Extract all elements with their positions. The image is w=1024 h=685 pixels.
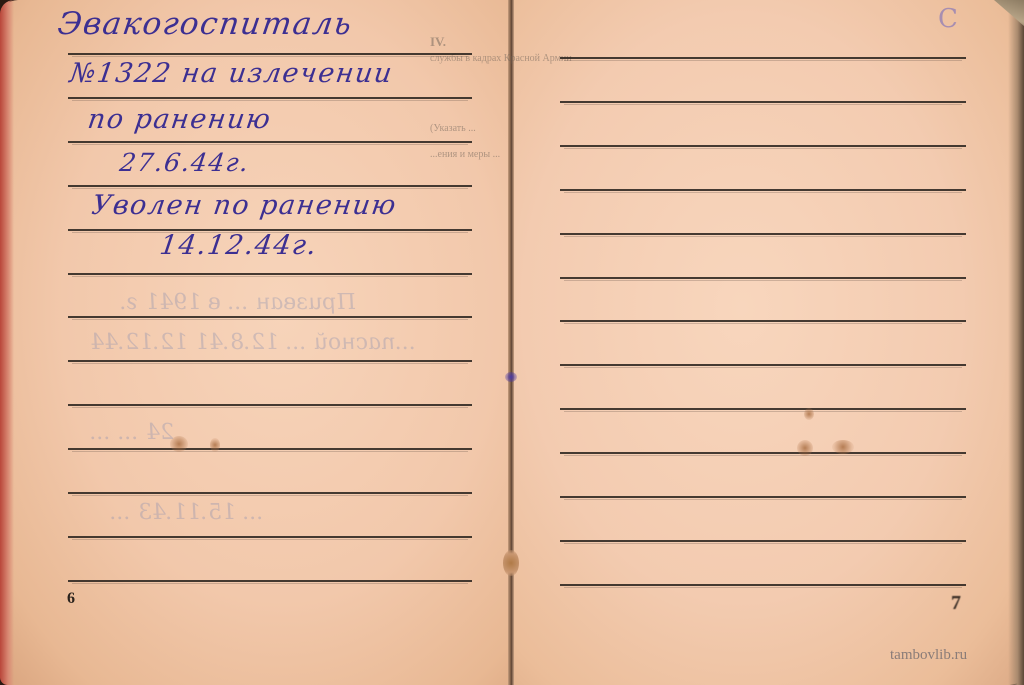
watermark: tambovlib.ru [890,647,967,664]
spine [508,0,514,685]
ruled-line [560,584,966,586]
ruled-line [560,189,966,191]
bleed-print-heading: IV. [430,35,446,48]
bleed-handwriting: 24 ... ... [88,420,175,445]
page-number-right: 7 [951,592,961,615]
ruled-line [560,364,966,366]
ruled-line [68,536,472,538]
ruled-line [560,145,966,147]
ruled-line [68,53,472,55]
ruled-line [560,233,966,235]
ruled-line [560,408,966,410]
ruled-line [560,496,966,498]
ruled-line [560,452,966,454]
stain [170,436,188,452]
stain [210,438,220,452]
ruled-line [68,404,472,406]
ruled-line [560,320,966,322]
bleed-print-line: ...ения и меры ... [430,148,500,161]
ruled-line [560,277,966,279]
ruled-line [68,448,472,450]
stain [832,440,854,454]
ruled-line [68,185,472,187]
ruled-line [560,101,966,103]
ruled-line [68,273,472,275]
ruled-line [560,540,966,542]
bleed-handwriting: Призван ... в 1941 г. [118,290,357,315]
ruled-line [68,360,472,362]
ruled-line [68,316,472,318]
cover-edge [0,0,14,685]
document-spread: IV. службы в кадрах Красной Армии (Указа… [0,0,1024,685]
bleed-print-line: (Указать ... [430,122,476,135]
ruled-line [68,97,472,99]
ink-dot [505,372,517,382]
handwritten-entry-reason: по ранению [86,104,274,135]
stain [503,550,519,576]
handwritten-entry-discharge: Уволен по ранению [90,190,399,221]
stain [804,408,814,420]
ink-mark: C [938,4,958,34]
ruled-line [68,580,472,582]
handwritten-entry-date: 27.6.44г. [118,148,252,177]
stain [797,440,813,456]
ruled-line [68,492,472,494]
ruled-line [68,141,472,143]
bleed-handwriting: ... 15.11.43 ... [108,500,265,525]
ruled-line [560,57,966,59]
bleed-handwriting: ...пасной ... 12.8.41 12.12.44 [88,330,418,355]
handwritten-entry-number: №1322 на излечении [68,58,395,89]
handwritten-entry-hospital: Эвакогоспиталь [55,6,355,42]
page-edge [1008,0,1024,685]
handwritten-entry-discharge-date: 14.12.44г. [158,230,320,261]
page-number-left: 6 [67,590,75,608]
